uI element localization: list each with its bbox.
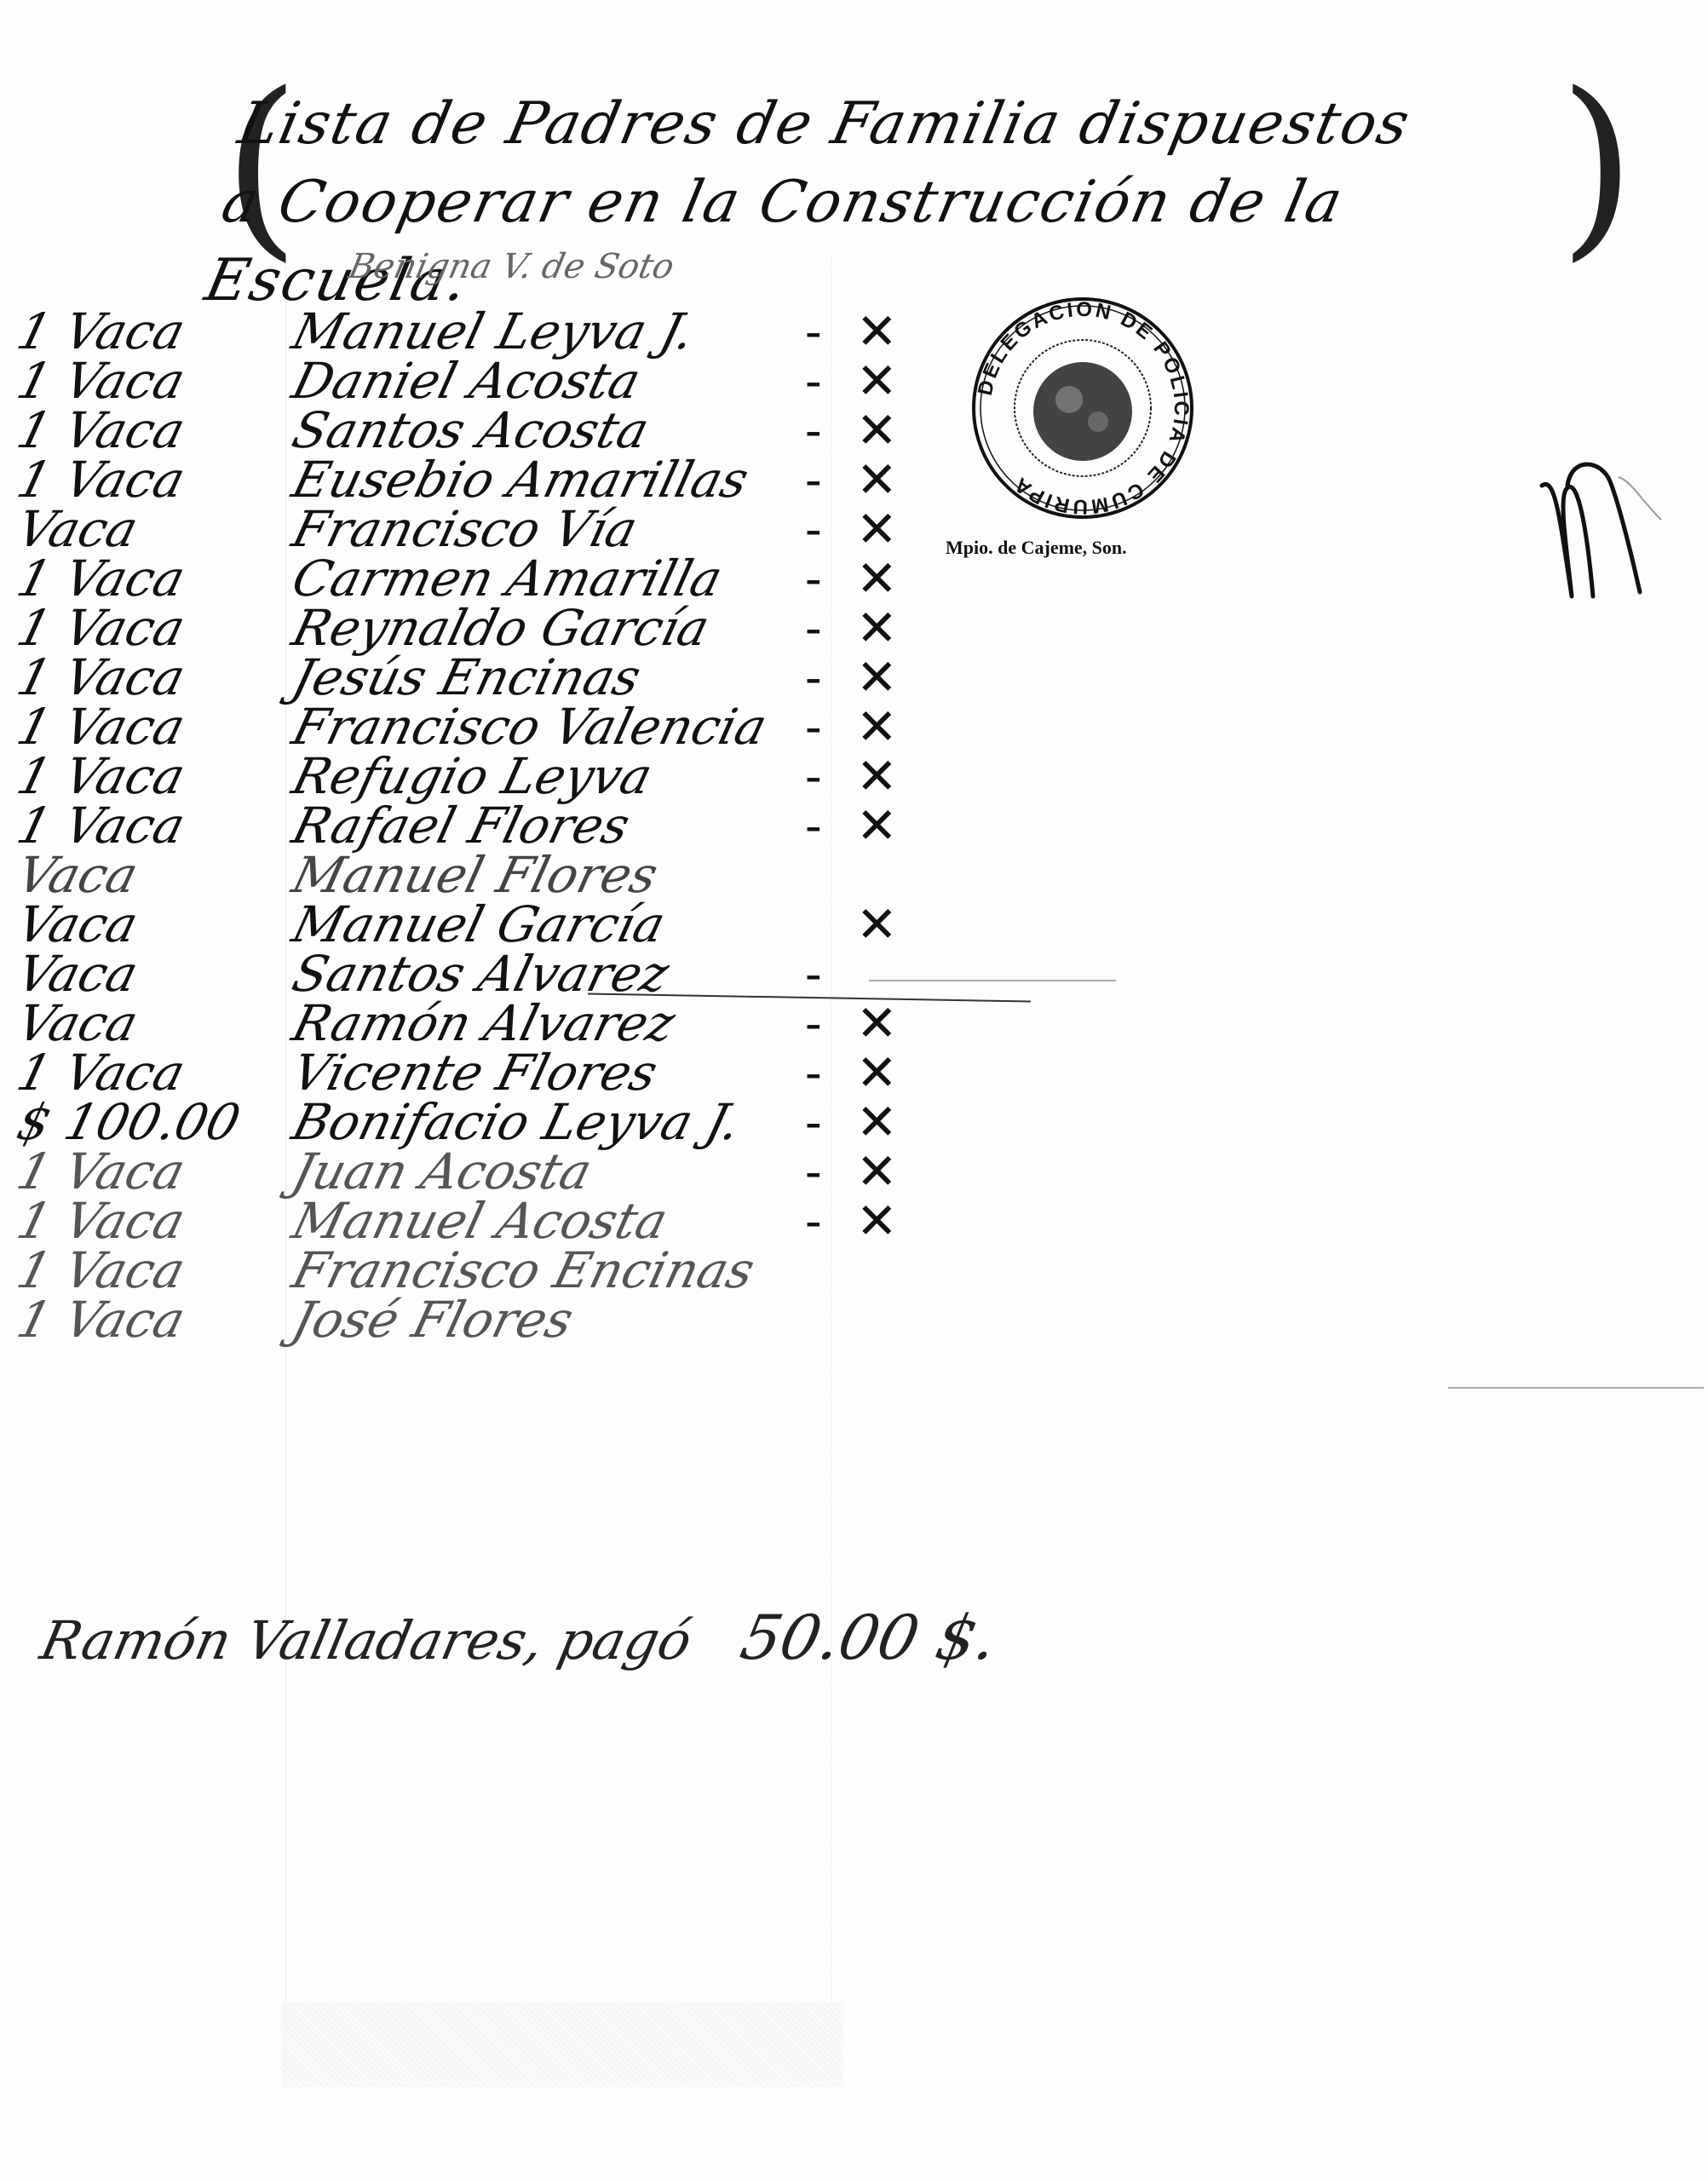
list-item: VacaManuel García✕ <box>0 900 1022 949</box>
annotation-above-list: Benigna V. de Soto <box>345 247 677 286</box>
contribution: 1 Vaca <box>13 356 289 406</box>
dash: - <box>805 702 839 751</box>
contributor-name: Manuel Flores <box>288 850 845 900</box>
contribution: 1 Vaca <box>13 702 289 751</box>
list-item: 1 VacaDaniel Acosta-✕ <box>0 356 1022 406</box>
divider-line <box>1448 1387 1704 1389</box>
check-x-icon: ✕ <box>856 998 907 1048</box>
scanned-page: ( ) Lista de Padres de Familia dispuesto… <box>0 0 1708 2181</box>
dash: - <box>805 1196 839 1246</box>
contribution: Vaca <box>13 998 289 1048</box>
check-x-icon: ✕ <box>856 554 907 603</box>
list-item: 1 VacaJuan Acosta-✕ <box>0 1147 1022 1196</box>
contributor-name: Francisco Encinas <box>288 1246 845 1295</box>
list-item: 1 VacaManuel Leyva J.-✕ <box>0 307 1022 356</box>
contributor-name: Eusebio Amarillas <box>288 455 845 504</box>
list-item: 1 VacaSantos Acosta-✕ <box>0 406 1022 455</box>
footer-note-text: Ramón Valladares, pagó <box>35 1609 697 1672</box>
dash: - <box>805 603 839 653</box>
footer-amount: 50.00 $. <box>734 1602 1004 1673</box>
dash: - <box>805 751 839 801</box>
check-x-icon: ✕ <box>856 504 907 554</box>
check-x-icon: ✕ <box>856 1048 907 1097</box>
contributor-list: 1 VacaManuel Leyva J.-✕ 1 VacaDaniel Aco… <box>0 307 1022 1344</box>
check-x-icon: ✕ <box>856 653 907 702</box>
contribution: 1 Vaca <box>13 1048 289 1097</box>
list-item: 1 VacaVicente Flores-✕ <box>0 1048 1022 1097</box>
check-x-icon: ✕ <box>856 406 907 455</box>
contribution: 1 Vaca <box>13 603 289 653</box>
list-item: 1 VacaManuel Acosta-✕ <box>0 1196 1022 1246</box>
contributor-name: Daniel Acosta <box>288 356 845 406</box>
list-item: 1 VacaJosé Flores <box>0 1295 1022 1344</box>
contributor-name: Reynaldo García <box>288 603 845 653</box>
contributor-name: Francisco Valencia <box>288 702 845 751</box>
contribution: Vaca <box>13 850 289 900</box>
contributor-name: Carmen Amarilla <box>288 554 845 603</box>
contributor-name: Santos Acosta <box>288 406 845 455</box>
contributor-name: Ramón Alvarez <box>288 998 845 1048</box>
contributor-name: Rafael Flores <box>288 801 845 850</box>
list-item: 1 VacaRafael Flores-✕ <box>0 801 1022 850</box>
police-seal-stamp-icon: DELEGACION DE POLICIA DE CUMURIPA <box>969 294 1197 522</box>
dash: - <box>805 406 839 455</box>
contribution: $ 100.00 <box>13 1097 289 1147</box>
contributor-name: Refugio Leyva <box>288 751 845 801</box>
dash: - <box>805 1147 839 1196</box>
list-item: 1 VacaFrancisco Valencia-✕ <box>0 702 1022 751</box>
check-x-icon: ✕ <box>856 702 907 751</box>
contributor-name: Manuel Acosta <box>288 1196 845 1246</box>
contribution: 1 Vaca <box>13 1196 289 1246</box>
contribution: 1 Vaca <box>13 554 289 603</box>
signature-icon <box>1533 452 1687 622</box>
contribution: 1 Vaca <box>13 307 289 356</box>
dash: - <box>805 1048 839 1097</box>
contributor-name: Santos Alvarez <box>288 949 845 998</box>
list-item: 1 VacaFrancisco Encinas <box>0 1246 1022 1295</box>
list-item: 1 VacaRefugio Leyva-✕ <box>0 751 1022 801</box>
dash: - <box>805 455 839 504</box>
stamp-caption: Mpio. de Cajeme, Son. <box>946 537 1127 559</box>
check-x-icon: ✕ <box>856 751 907 801</box>
contributor-name: Manuel Leyva J. <box>288 307 845 356</box>
contribution: Vaca <box>13 900 289 949</box>
title-line-2: a Cooperar en la Construcción de la Escu… <box>198 164 1586 320</box>
check-x-icon: ✕ <box>856 1196 907 1246</box>
contribution: 1 Vaca <box>13 801 289 850</box>
document-title: Lista de Padres de Familia dispuestos a … <box>212 85 1603 256</box>
check-x-icon: ✕ <box>856 307 907 356</box>
dash: - <box>805 949 839 998</box>
list-item-struck: VacaManuel Flores <box>0 850 1022 900</box>
contribution: 1 Vaca <box>13 406 289 455</box>
scan-smudge <box>281 2002 843 2087</box>
check-x-icon: ✕ <box>856 1147 907 1196</box>
list-item: VacaRamón Alvarez-✕ <box>0 998 1022 1048</box>
dash: - <box>805 554 839 603</box>
title-line-1: Lista de Padres de Familia dispuestos <box>232 85 1603 164</box>
list-item: 1 VacaReynaldo García-✕ <box>0 603 1022 653</box>
contribution: 1 Vaca <box>13 653 289 702</box>
contribution: Vaca <box>13 504 289 554</box>
contributor-name: José Flores <box>288 1295 845 1344</box>
list-item: 1 VacaCarmen Amarilla-✕ <box>0 554 1022 603</box>
dash: - <box>805 1097 839 1147</box>
list-item: 1 VacaJesús Encinas-✕ <box>0 653 1022 702</box>
contributor-name: Jesús Encinas <box>288 653 845 702</box>
contribution: 1 Vaca <box>13 1295 289 1344</box>
contributor-name: Juan Acosta <box>288 1147 845 1196</box>
check-x-icon: ✕ <box>856 455 907 504</box>
dash: - <box>805 653 839 702</box>
dash: - <box>805 998 839 1048</box>
dash: - <box>805 356 839 406</box>
contribution: 1 Vaca <box>13 1147 289 1196</box>
check-x-icon: ✕ <box>856 603 907 653</box>
list-item: VacaFrancisco Vía-✕ <box>0 504 1022 554</box>
list-item: VacaSantos Alvarez- <box>0 949 1022 998</box>
contributor-name: Bonifacio Leyva J. <box>288 1097 845 1147</box>
list-item: 1 VacaEusebio Amarillas-✕ <box>0 455 1022 504</box>
contributor-name: Vicente Flores <box>288 1048 845 1097</box>
footer-note: Ramón Valladares, pagó50.00 $. <box>35 1602 1004 1673</box>
contribution: Vaca <box>13 949 289 998</box>
dash: - <box>805 801 839 850</box>
dash: - <box>805 307 839 356</box>
dash: - <box>805 504 839 554</box>
check-x-icon: ✕ <box>856 356 907 406</box>
contributor-name: Francisco Vía <box>288 504 845 554</box>
check-x-icon: ✕ <box>856 1097 907 1147</box>
list-item: $ 100.00Bonifacio Leyva J.-✕ <box>0 1097 1022 1147</box>
divider-line <box>869 980 1116 981</box>
contribution: 1 Vaca <box>13 455 289 504</box>
contributor-name: Manuel García <box>288 900 845 949</box>
contribution: 1 Vaca <box>13 1246 289 1295</box>
check-x-icon: ✕ <box>856 801 907 850</box>
contribution: 1 Vaca <box>13 751 289 801</box>
check-x-icon: ✕ <box>856 900 907 949</box>
